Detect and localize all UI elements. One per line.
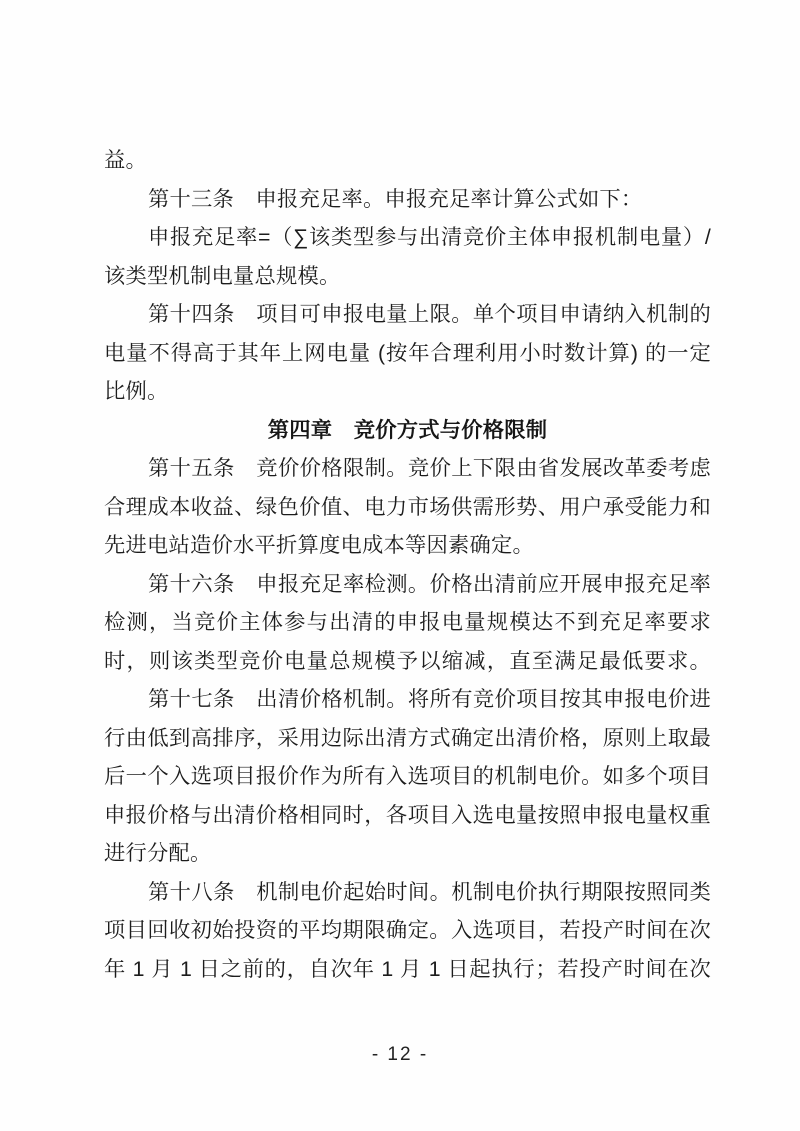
text-line: 年 1 月 1 日之前的，自次年 1 月 1 日起执行；若投产时间在次年 — [104, 950, 711, 989]
text-line: 该类型机制电量总规模。 — [104, 257, 711, 296]
text-line: 后一个入选项目报价作为所有入选项目的机制电价。如多个项目 — [104, 757, 711, 796]
formula-line: 申报充足率=（∑该类型参与出清竞价主体申报机制电量）/ — [104, 218, 711, 257]
article-13-line: 第十三条 申报充足率。申报充足率计算公式如下： — [104, 180, 711, 219]
text-line: 比例。 — [104, 372, 711, 411]
text-line: 申报价格与出清价格相同时，各项目入选电量按照申报电量权重 — [104, 796, 711, 835]
text-line: 益。 — [104, 141, 711, 180]
text-line: 电量不得高于其年上网电量 (按年合理利用小时数计算) 的一定 — [104, 334, 711, 373]
article-15-line: 第十五条 竞价价格限制。竞价上下限由省发展改革委考虑 — [104, 449, 711, 488]
article-18-line: 第十八条 机制电价起始时间。机制电价执行期限按照同类 — [104, 873, 711, 912]
article-16-line: 第十六条 申报充足率检测。价格出清前应开展申报充足率 — [104, 565, 711, 604]
text-line: 检测，当竞价主体参与出清的申报电量规模达不到充足率要求 — [104, 603, 711, 642]
page-number: - 12 - — [0, 1044, 800, 1066]
text-line: 时，则该类型竞价电量总规模予以缩减，直至满足最低要求。 — [104, 642, 711, 681]
document-page: 益。 第十三条 申报充足率。申报充足率计算公式如下： 申报充足率=（∑该类型参与… — [0, 0, 800, 1131]
article-14-line: 第十四条 项目可申报电量上限。单个项目申请纳入机制的 — [104, 295, 711, 334]
document-body: 益。 第十三条 申报充足率。申报充足率计算公式如下： 申报充足率=（∑该类型参与… — [104, 141, 711, 988]
article-17-line: 第十七条 出清价格机制。将所有竞价项目按其申报电价进 — [104, 680, 711, 719]
text-line: 进行分配。 — [104, 834, 711, 873]
text-line: 项目回收初始投资的平均期限确定。入选项目，若投产时间在次 — [104, 911, 711, 950]
chapter-heading: 第四章 竞价方式与价格限制 — [104, 411, 711, 450]
text-line: 行由低到高排序，采用边际出清方式确定出清价格，原则上取最 — [104, 719, 711, 758]
text-line: 先进电站造价水平折算度电成本等因素确定。 — [104, 526, 711, 565]
text-line: 合理成本收益、绿色价值、电力市场供需形势、用户承受能力和 — [104, 488, 711, 527]
